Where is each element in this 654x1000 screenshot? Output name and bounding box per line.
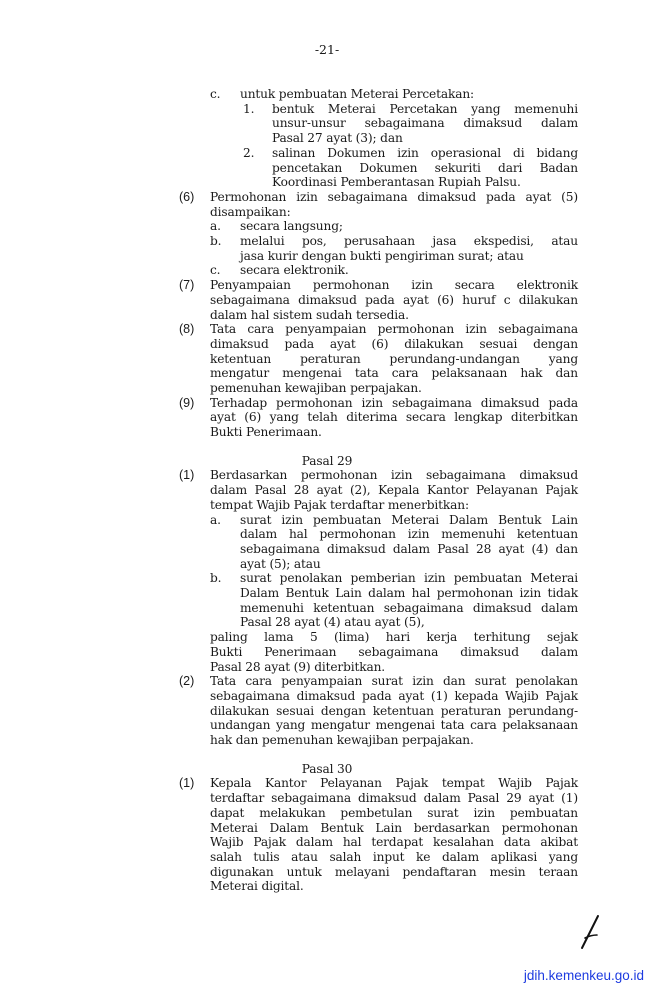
text-line: pencetakan Dokumen sekuriti dari Badan (272, 161, 578, 176)
text-line: terdaftar sebagaimana dimaksud dalam Pas… (210, 791, 578, 806)
text-line: Pasal 28 ayat (9) diterbitkan. (210, 660, 385, 675)
text-line: salinan Dokumen izin operasional di bida… (272, 146, 578, 161)
text-line: paling lama 5 (lima) hari kerja terhitun… (210, 630, 578, 645)
text-line: Tata cara penyampaian surat izin dan sur… (210, 674, 578, 689)
text-line: untuk pembuatan Meterai Percetakan: (240, 87, 474, 102)
text-line: disampaikan: (210, 205, 291, 220)
item-marker: (9) (179, 396, 194, 411)
document-page: -21- c.untuk pembuatan Meterai Percetaka… (0, 0, 654, 1000)
item-marker: (7) (179, 278, 194, 293)
text-line: tempat Wajib Pajak terdaftar menerbitkan… (210, 498, 469, 513)
article-heading: Pasal 30 (0, 762, 654, 777)
text-line: pemenuhan kewajiban perpajakan. (210, 381, 422, 396)
text-line: Kepala Kantor Pelayanan Pajak tempat Waj… (210, 776, 578, 791)
text-line: bentuk Meterai Percetakan yang memenuhi (272, 102, 578, 117)
jdih-website-link[interactable]: jdih.kemenkeu.go.id (524, 968, 644, 983)
text-line: dimaksud pada ayat (6) dilakukan sesuai … (210, 337, 578, 352)
text-line: ayat (5); atau (240, 557, 321, 572)
text-line: salah tulis atau salah input ke dalam ap… (210, 850, 578, 865)
text-line: melalui pos, perusahaan jasa ekspedisi, … (240, 234, 578, 249)
text-line: Bukti Penerimaan sebagaimana dimaksud da… (210, 645, 578, 660)
text-line: sebagaimana dimaksud pada ayat (6) huruf… (210, 293, 578, 308)
item-marker: (1) (179, 468, 194, 483)
signature-initial-icon (576, 912, 606, 952)
text-line: Koordinasi Pemberantasan Rupiah Palsu. (272, 175, 521, 190)
text-line: Meterai Dalam Bentuk Lain berdasarkan pe… (210, 821, 578, 836)
text-line: hak dan pemenuhan kewajiban perpajakan. (210, 733, 474, 748)
text-line: surat penolakan pemberian izin pembuatan… (240, 571, 578, 586)
text-line: dalam hal permohonan izin memenuhi keten… (240, 527, 578, 542)
article-heading: Pasal 29 (0, 454, 654, 469)
text-line: Penyampaian permohonan izin secara elekt… (210, 278, 578, 293)
text-line: Berdasarkan permohonan izin sebagaimana … (210, 468, 578, 483)
item-marker: b. (210, 234, 221, 249)
text-line: sebagaimana dimaksud pada ayat (1) kepad… (210, 689, 578, 704)
text-line: Wajib Pajak dalam hal terdapat kesalahan… (210, 835, 578, 850)
page-number: -21- (0, 42, 654, 57)
text-line: jasa kurir dengan bukti pengiriman surat… (240, 249, 524, 264)
text-line: Tata cara penyampaian permohonan izin se… (210, 322, 578, 337)
item-marker: a. (210, 513, 221, 528)
item-marker: c. (210, 263, 220, 278)
text-line: Terhadap permohonan izin sebagaimana dim… (210, 396, 578, 411)
text-line: mengatur mengenai tata cara pelaksanaan … (210, 366, 578, 381)
item-marker: a. (210, 219, 221, 234)
text-line: Pasal 28 ayat (4) atau ayat (5), (240, 615, 425, 630)
text-line: dilakukan sesuai dengan ketentuan peratu… (210, 704, 578, 719)
text-line: secara langsung; (240, 219, 343, 234)
item-marker: 1. (243, 102, 254, 117)
text-line: ayat (6) yang telah diterima secara leng… (210, 410, 578, 425)
item-marker: (1) (179, 776, 194, 791)
text-line: secara elektronik. (240, 263, 349, 278)
text-line: surat izin pembuatan Meterai Dalam Bentu… (240, 513, 578, 528)
text-line: Bukti Penerimaan. (210, 425, 322, 440)
text-line: memenuhi ketentuan sebagaimana dimaksud … (240, 601, 578, 616)
item-marker: (6) (179, 190, 194, 205)
item-marker: (8) (179, 322, 194, 337)
text-line: unsur-unsur sebagaimana dimaksud dalam (272, 116, 578, 131)
text-line: Meterai digital. (210, 879, 304, 894)
text-line: dapat melakukan pembetulan surat izin pe… (210, 806, 578, 821)
item-marker: (2) (179, 674, 194, 689)
item-marker: 2. (243, 146, 254, 161)
text-line: ketentuan peraturan perundang-undangan y… (210, 352, 578, 367)
text-line: sebagaimana dimaksud dalam Pasal 28 ayat… (240, 542, 578, 557)
text-line: undangan yang mengatur mengenai tata car… (210, 718, 578, 733)
item-marker: c. (210, 87, 220, 102)
text-line: digunakan untuk melayani pendaftaran mes… (210, 865, 578, 880)
text-line: dalam hal sistem sudah tersedia. (210, 308, 409, 323)
item-marker: b. (210, 571, 221, 586)
text-line: Permohonan izin sebagaimana dimaksud pad… (210, 190, 578, 205)
text-line: Pasal 27 ayat (3); dan (272, 131, 403, 146)
text-line: dalam Pasal 28 ayat (2), Kepala Kantor P… (210, 483, 578, 498)
text-line: Dalam Bentuk Lain dalam hal permohonan i… (240, 586, 578, 601)
